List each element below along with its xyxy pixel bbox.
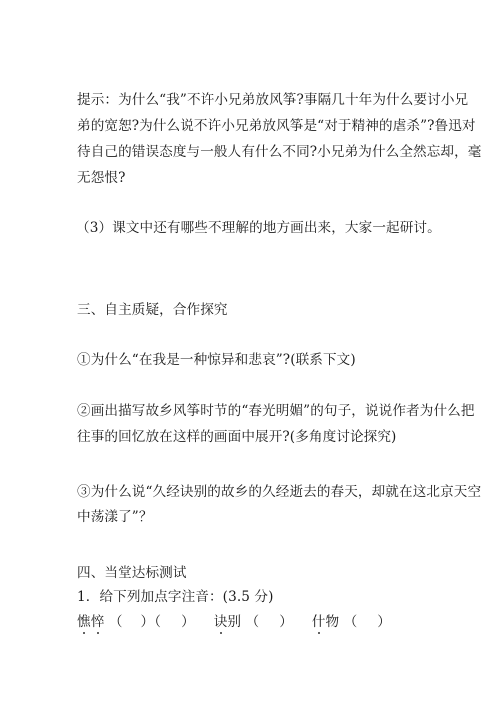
- question-2-line-1: ②画出描写故乡风筝时节的“春光明媚”的句子，说说作者为什么把: [77, 403, 475, 419]
- word-shiwu: 什物: [312, 614, 344, 630]
- question-3-line-1: ③为什么说“久经诀别的故乡的久经逝去的春天，却就在这北京天空: [77, 484, 481, 500]
- answer-blank-3[interactable]: （）: [246, 614, 293, 630]
- question-2-line-2: 往事的回忆放在这样的画面中展开?(多角度讨论探究): [77, 429, 396, 445]
- hint-line-2: 弟的宽恕?为什么说不许小兄弟放风筝是“对于精神的虐杀”?鲁迅对: [77, 118, 476, 134]
- pinyin-exercise-row: 憔悴 （）（） 诀别 （） 什物 （）: [77, 614, 391, 630]
- question-1: ①为什么“在我是一种惊异和悲哀”?(联系下文): [77, 352, 356, 368]
- answer-blank-4[interactable]: （）: [344, 614, 391, 630]
- hint-line-3: 待自己的错误态度与一般人有什么不同?小兄弟为什么全然忘却，毫: [77, 144, 482, 160]
- dotted-char: 什: [312, 614, 326, 630]
- section-3-heading: 三、自主质疑，合作探究: [77, 302, 228, 318]
- dotted-char: 悴: [91, 614, 105, 630]
- answer-blank-2[interactable]: （）: [154, 614, 195, 630]
- hint-line-4: 无怨恨?: [77, 170, 125, 186]
- item-3-text: （3）课文中还有哪些不理解的地方画出来，大家一起研讨。: [76, 220, 441, 236]
- hint-line-1: 提示：为什么“我”不许小兄弟放风筝?事隔几十年为什么要讨小兄: [77, 92, 468, 108]
- dotted-char: 憔: [77, 614, 91, 630]
- section-4-heading: 四、当堂达标测试: [77, 565, 187, 581]
- word-juebie: 诀别: [214, 614, 246, 630]
- task-1-instruction: 1．给下列加点字注音：(3.5 分): [77, 589, 274, 605]
- question-3-line-2: 中荡漾了”？: [77, 509, 153, 525]
- word-qiaocui: 憔悴: [77, 614, 109, 630]
- dotted-char: 诀: [214, 614, 228, 630]
- answer-blank-1[interactable]: （）: [109, 614, 154, 630]
